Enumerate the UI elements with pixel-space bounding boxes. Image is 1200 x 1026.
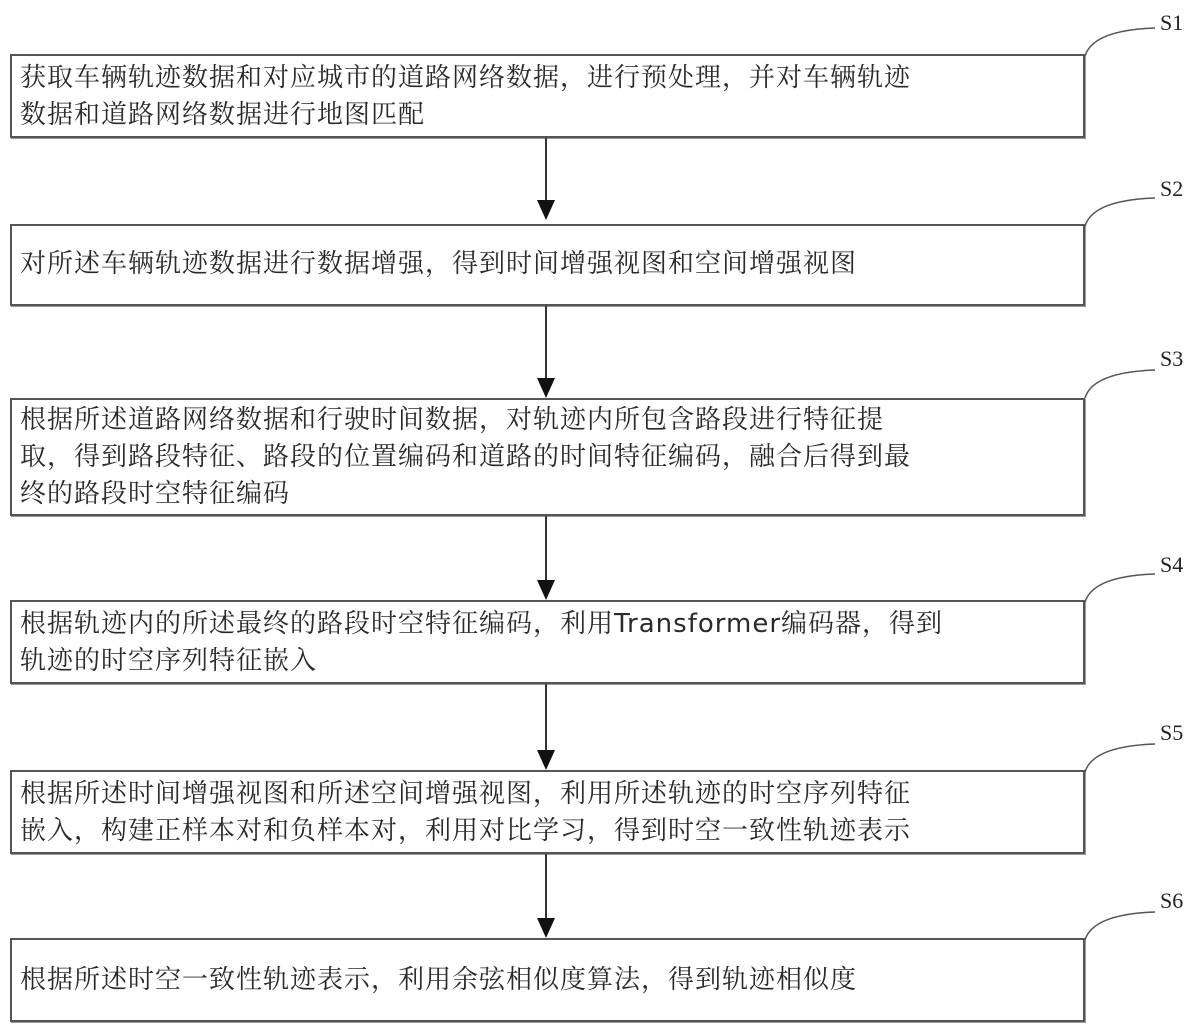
step-s3-line-2: 取，得到路段特征、路段的位置编码和道路的时间特征编码，融合后得到最 [20,439,1073,476]
step-s5-line-1: 根据所述时间增强视图和所述空间增强视图，利用所述轨迹的时空序列特征 [20,776,1073,813]
step-box-s2: 对所述车辆轨迹数据进行数据增强，得到时间增强视图和空间增强视图 [10,224,1085,306]
arrowhead-icon [537,750,555,770]
step-s5-line-2: 嵌入，构建正样本对和负样本对，利用对比学习，得到时空一致性轨迹表示 [20,813,1073,850]
connector-s3-s4 [545,516,547,584]
leader-line-s6 [1083,904,1163,944]
step-s3-line-3: 终的路段时空特征编码 [20,476,1073,513]
leader-line-s5 [1083,736,1163,776]
leader-line-s3 [1083,362,1163,402]
leader-line-s2 [1083,192,1163,232]
step-s4-line-2: 轨迹的时空序列特征嵌入 [20,643,1073,680]
step-label-s2: S2 [1160,176,1183,202]
arrowhead-icon [537,918,555,938]
connector-s2-s3 [545,306,547,380]
connector-s4-s5 [545,684,547,754]
step-label-s5: S5 [1160,720,1183,746]
step-label-s3: S3 [1160,346,1183,372]
step-s1-line-2: 数据和道路网络数据进行地图匹配 [20,97,1073,134]
step-label-s6: S6 [1160,888,1183,914]
step-box-s1: 获取车辆轨迹数据和对应城市的道路网络数据，进行预处理，并对车辆轨迹 数据和道路网… [10,54,1085,138]
step-box-s3: 根据所述道路网络数据和行驶时间数据，对轨迹内所包含路段进行特征提 取，得到路段特… [10,398,1085,516]
arrowhead-icon [537,378,555,398]
step-s2-line-1: 对所述车辆轨迹数据进行数据增强，得到时间增强视图和空间增强视图 [20,246,1073,283]
step-s3-line-1: 根据所述道路网络数据和行驶时间数据，对轨迹内所包含路段进行特征提 [20,402,1073,439]
step-label-s1: S1 [1160,10,1183,36]
step-box-s4: 根据轨迹内的所述最终的路段时空特征编码，利用Transformer编码器，得到 … [10,600,1085,684]
connector-s1-s2 [545,138,547,204]
step-s6-line-1: 根据所述时空一致性轨迹表示，利用余弦相似度算法，得到轨迹相似度 [20,962,1073,999]
connector-s5-s6 [545,854,547,920]
step-box-s6: 根据所述时空一致性轨迹表示，利用余弦相似度算法，得到轨迹相似度 [10,938,1085,1022]
leader-line-s4 [1083,566,1163,606]
arrowhead-icon [537,580,555,600]
leader-line-s1 [1083,20,1163,60]
step-label-s4: S4 [1160,552,1183,578]
step-s4-line-1: 根据轨迹内的所述最终的路段时空特征编码，利用Transformer编码器，得到 [20,606,1073,643]
step-s1-line-1: 获取车辆轨迹数据和对应城市的道路网络数据，进行预处理，并对车辆轨迹 [20,60,1073,97]
arrowhead-icon [537,200,555,220]
step-box-s5: 根据所述时间增强视图和所述空间增强视图，利用所述轨迹的时空序列特征 嵌入，构建正… [10,770,1085,854]
